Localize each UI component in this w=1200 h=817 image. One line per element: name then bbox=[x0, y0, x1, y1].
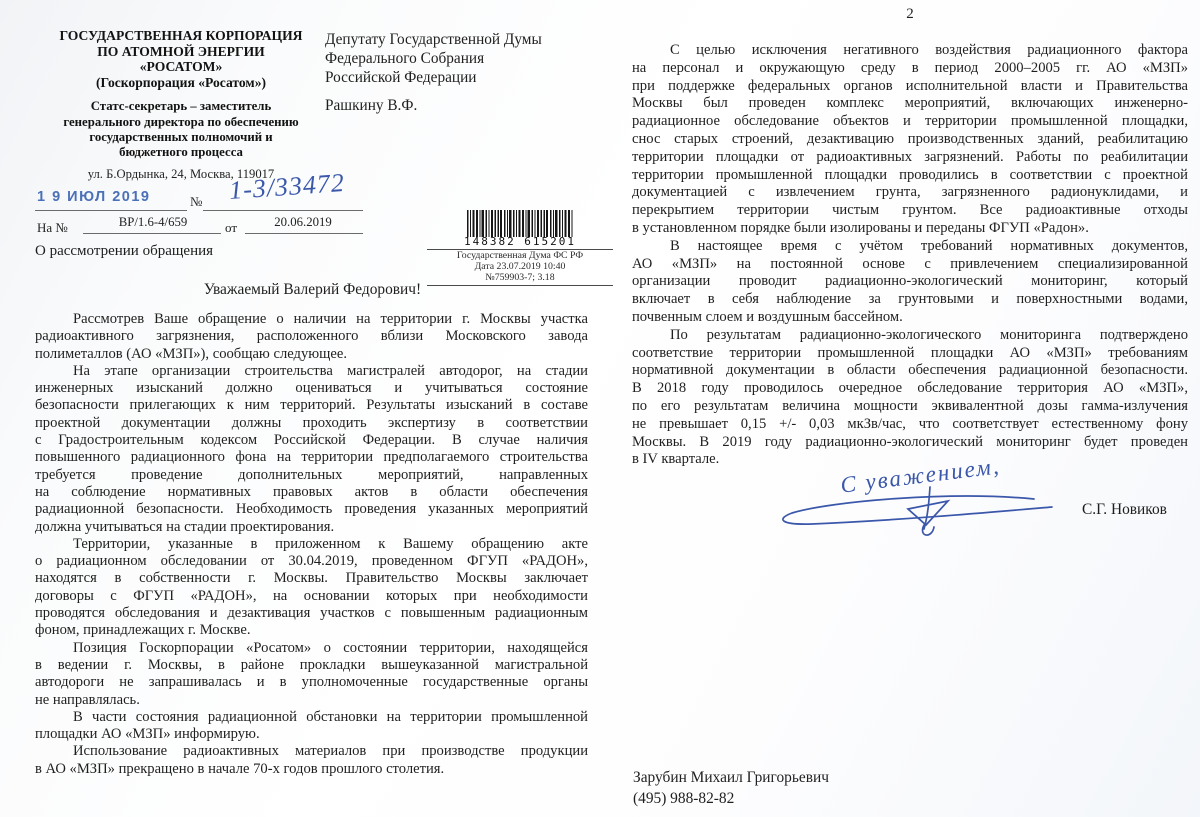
text-line: площадки АО «МЗП» информирую. bbox=[35, 726, 588, 743]
recipient-line: Федерального Собрания bbox=[325, 49, 585, 68]
letterhead-line: ГОСУДАРСТВЕННАЯ КОРПОРАЦИЯ bbox=[35, 28, 327, 44]
page-1: ГОСУДАРСТВЕННАЯ КОРПОРАЦИЯПО АТОМНОЙ ЭНЕ… bbox=[35, 0, 590, 817]
text-line: документацией с извлечением грунта, загр… bbox=[632, 184, 1188, 202]
incoming-date: 20.06.2019 bbox=[247, 215, 359, 230]
executor-phone: (495) 988-82-82 bbox=[633, 789, 829, 810]
recipient-name: Рашкину В.Ф. bbox=[325, 97, 585, 115]
text-line: на соблюдение нормативных правовых актов… bbox=[35, 484, 588, 501]
text-line: с Градостроительным кодексом Российской … bbox=[35, 432, 588, 449]
text-line: нормативной документации в области обесп… bbox=[632, 362, 1188, 380]
letterhead-line: государственных полномочий и bbox=[35, 130, 327, 145]
letterhead-line: генерального директора по обеспечению bbox=[35, 115, 327, 130]
letterhead: ГОСУДАРСТВЕННАЯ КОРПОРАЦИЯПО АТОМНОЙ ЭНЕ… bbox=[35, 28, 327, 182]
salutation: Уважаемый Валерий Федорович! bbox=[35, 281, 590, 299]
subject-line: О рассмотрении обращения bbox=[35, 243, 213, 260]
text-line: В настоящее время с учётом требований но… bbox=[632, 238, 1188, 256]
text-line: С целью исключения негативного воздейств… bbox=[632, 42, 1188, 60]
text-line: при поддержке федеральных органов исполн… bbox=[632, 78, 1188, 96]
letterhead-org-name: ГОСУДАРСТВЕННАЯ КОРПОРАЦИЯПО АТОМНОЙ ЭНЕ… bbox=[35, 28, 327, 90]
page2-body-text: С целью исключения негативного воздейств… bbox=[632, 42, 1188, 469]
text-line: радиационное обследование объектов и тер… bbox=[632, 113, 1188, 131]
recipient-line: Депутату Государственной Думы bbox=[325, 30, 585, 49]
text-line: включает в себя наблюдение за грунтовыми… bbox=[632, 291, 1188, 309]
page1-body-text: Рассмотрев Ваше обращение о наличии на т… bbox=[35, 311, 588, 778]
text-line: почвенным слоем и воздушным бассейном. bbox=[632, 309, 1188, 327]
page-number: 2 bbox=[632, 6, 1188, 23]
closing-block: С уважением, С.Г. Новиков bbox=[772, 455, 1188, 545]
text-line: радиационной безопасности. Необходимость… bbox=[35, 501, 588, 518]
text-line: автодороги не запрашивалась и в уполномо… bbox=[35, 674, 588, 691]
text-line: на персонал и окружающую среду в период … bbox=[632, 60, 1188, 78]
text-line: территории площадки от радиоактивных заг… bbox=[632, 149, 1188, 167]
text-line: должна учитываться на стадии проектирова… bbox=[35, 519, 588, 536]
letterhead-line: бюджетного процесса bbox=[35, 145, 327, 160]
ruled-line bbox=[83, 233, 221, 234]
text-line: По результатам радиационно-экологическог… bbox=[632, 327, 1188, 345]
text-line: не направлялась. bbox=[35, 692, 588, 709]
letterhead-line: ПО АТОМНОЙ ЭНЕРГИИ bbox=[35, 44, 327, 60]
text-line: находятся в собственности г. Москвы. Пра… bbox=[35, 570, 588, 587]
signature-flourish-icon bbox=[772, 481, 1072, 541]
letterhead-line: (Госкорпорация «Росатом») bbox=[35, 75, 327, 91]
text-line: территории промышленной площадки проводи… bbox=[632, 167, 1188, 185]
text-line: безопасности прилегающих к ним территори… bbox=[35, 397, 588, 414]
text-line: инженерных изысканий должно оцениваться … bbox=[35, 380, 588, 397]
from-label: от bbox=[225, 220, 237, 236]
barcode-digits: 148382 615201 bbox=[427, 235, 613, 248]
text-line: радиоактивного загрязнения, расположенно… bbox=[35, 328, 588, 345]
text-line: полиметаллов (АО «МЗП»), сообщаю следующ… bbox=[35, 346, 588, 363]
text-line: снос старых строений, дезактивацию произ… bbox=[632, 131, 1188, 149]
text-line: требуется проведение дополнительных меро… bbox=[35, 467, 588, 484]
text-line: по его результатам величина мощности экв… bbox=[632, 398, 1188, 416]
text-line: не превышает 0,15 +/- 0,03 мкЗв/час, что… bbox=[632, 416, 1188, 434]
ruled-line bbox=[35, 210, 187, 211]
letterhead-position-title: Статс-секретарь – заместительгенеральног… bbox=[35, 99, 327, 160]
signer-name: С.Г. Новиков bbox=[1082, 501, 1167, 519]
text-line: в ведении г. Москвы, в районе прокладки … bbox=[35, 657, 588, 674]
text-line: Использование радиоактивных материалов п… bbox=[35, 743, 588, 760]
text-line: проектной документации должны проходить … bbox=[35, 415, 588, 432]
text-line: организации проводит радиационно-экологи… bbox=[632, 273, 1188, 291]
text-line: В части состояния радиационной обстановк… bbox=[35, 709, 588, 726]
text-line: договоры с ФГУП «РАДОН», на основании ко… bbox=[35, 588, 588, 605]
recipient-block: Депутату Государственной ДумыФедеральног… bbox=[325, 30, 585, 115]
reference-block: 1 9 ИЮЛ 2019 № 1-3/33472 На № ВР/1.6-4/6… bbox=[35, 186, 367, 248]
number-sign-label: № bbox=[190, 194, 202, 210]
text-line: соответствие территории промышленной пло… bbox=[632, 345, 1188, 363]
scanned-letter: ГОСУДАРСТВЕННАЯ КОРПОРАЦИЯПО АТОМНОЙ ЭНЕ… bbox=[0, 0, 1200, 817]
text-line: фоном, принадлежащих г. Москве. bbox=[35, 622, 588, 639]
text-line: АО «МЗП» на постоянной основе с привлече… bbox=[632, 256, 1188, 274]
text-line: На этапе организации строительства магис… bbox=[35, 363, 588, 380]
registration-date: Дата 23.07.2019 10:40 bbox=[427, 262, 613, 273]
text-line: В 2018 году проводилось очередное обслед… bbox=[632, 380, 1188, 398]
text-line: перекрытием территории чистым грунтом. В… bbox=[632, 202, 1188, 220]
duma-registration-label: 148382 615201 Государственная Дума ФС РФ… bbox=[427, 210, 613, 286]
text-line: проводятся обследования и дезактивация у… bbox=[35, 605, 588, 622]
text-line: Москвы. В 2019 году радиационно-экологич… bbox=[632, 434, 1188, 452]
text-line: Позиция Госкорпорации «Росатом» о состоя… bbox=[35, 640, 588, 657]
text-line: о радиационном обследовании от 30.04.201… bbox=[35, 553, 588, 570]
ruled-line bbox=[203, 210, 363, 211]
text-line: в АО «МЗП» прекращено в начале 70-х годо… bbox=[35, 761, 588, 778]
letterhead-line: «РОСАТОМ» bbox=[35, 59, 327, 75]
text-line: повышенного радиационного фона на террит… bbox=[35, 449, 588, 466]
text-line: Территории, указанные в приложенном к Ва… bbox=[35, 536, 588, 553]
recipient-line: Российской Федерации bbox=[325, 68, 585, 87]
text-line: Рассмотрев Ваше обращение о наличии на т… bbox=[35, 311, 588, 328]
registration-date-stamp: 1 9 ИЮЛ 2019 bbox=[37, 189, 150, 205]
letterhead-line: Статс-секретарь – заместитель bbox=[35, 99, 327, 114]
recipient-org: Депутату Государственной ДумыФедеральног… bbox=[325, 30, 585, 88]
ruled-line bbox=[245, 233, 363, 234]
executor-name: Зарубин Михаил Григорьевич bbox=[633, 768, 829, 789]
executor-contact: Зарубин Михаил Григорьевич (495) 988-82-… bbox=[633, 768, 829, 809]
barcode bbox=[467, 210, 573, 237]
text-line: в установленном порядке были изолированы… bbox=[632, 220, 1188, 238]
incoming-number: ВР/1.6-4/659 bbox=[87, 215, 219, 230]
page-2: 2 С целью исключения негативного воздейс… bbox=[632, 0, 1188, 817]
in-reply-to-label: На № bbox=[37, 220, 68, 236]
text-line: Москвы был проведен комплекс мероприятий… bbox=[632, 95, 1188, 113]
